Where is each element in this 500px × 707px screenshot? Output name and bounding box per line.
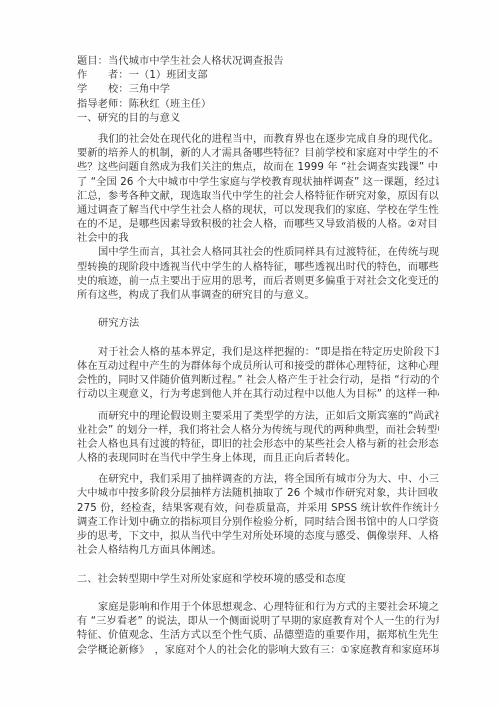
author-value: 一（1）班团支部: [129, 70, 208, 81]
text-line: 些？这些问题自然成为我们关注的焦点，故而在 1999 年 “社会调查实践课” 中…: [77, 161, 439, 175]
method-paragraph-3: 在研究中，我们采用了抽样调查的方法，将全国所有城市分为大、中、小三等，然后在 大…: [77, 473, 439, 558]
school-label: 学 校：: [77, 84, 129, 95]
text-line: 通过调查了解当代中学生社会人格的现状，可以发现我们的家庭、学校在学生性格培养上存: [77, 204, 439, 218]
section-2-heading: 二、社会转型期中学生对所处家庭和学校环境的感受和态度: [77, 573, 439, 587]
text-line: 会性的，同时又伴随价值判断过程。” 社会人格产生于社会行动，是指 “行动的个人赋…: [77, 374, 439, 388]
text-line: 型转换的现阶段中透视当代中学生的人格特征，哪些透视出时代的特色，而哪些还体现出历: [77, 261, 439, 275]
text-line: 体在互动过程中产生的为群体每个成员所认可和接受的群体心理特征，这种心理特征既是社: [77, 360, 439, 374]
text-line: 汇总，参考各种文献，现选取当代中学生的社会人格特征作研究对象，原因有以下两点：①: [77, 190, 439, 204]
text-line: 我们的社会处在现代化的进程当中，而教育界也在逐步完成自身的现代化。新的时代需: [77, 133, 439, 147]
text-line: 国中学生而言，其社会人格同其社会的性质同样具有过渡特征，在传统与现代的人格类: [77, 246, 439, 260]
section-2-paragraph-1: 家庭是影响和作用于个体思想观念、心理特征和行为方式的主要社会环境之一，我国素 有…: [77, 601, 439, 658]
text-line: 有 “三岁看老” 的说法，即从一个侧面说明了早期的家庭教育对个人一生的行为规范、…: [77, 615, 439, 629]
text-line: 社会人格结构几方面具体阐述。: [77, 544, 439, 558]
author-label: 作 者：: [77, 70, 129, 81]
method-paragraph-1: 对于社会人格的基本界定，我们是这样把握的：“即是指在特定历史阶段下其一社会群 体…: [77, 346, 439, 403]
text-line: 行动以主观意义，行为考虑到他人并在其行动过程中以他人为目标” 的这样一种心理特征…: [77, 388, 439, 402]
section-1-paragraph-1: 我们的社会处在现代化的进程当中，而教育界也在逐步完成自身的现代化。新的时代需 要…: [77, 133, 439, 247]
school-value: 三角中学: [129, 84, 170, 95]
text-line: 人格的表现同时在当代中学生身上体现，而且正向后者转化。: [77, 452, 439, 466]
title-label: 题目：: [77, 56, 108, 67]
text-line: 在研究中，我们采用了抽样调查的方法，将全国所有城市分为大、中、小三等，然后在: [77, 473, 439, 487]
text-line: 史的痕迹，前一点主要出于应用的思考，而后者则更多偏重于对社会文化变迁的理论思考，: [77, 275, 439, 289]
text-line: 社会人格也具有过渡的特征，即旧的社会形态中的某些社会人格与新的社会形态对某些社会: [77, 438, 439, 452]
text-line: 业社会” 的划分一样，我们将社会人格分为传统与现代的两种典型，而社会转型中的中学…: [77, 424, 439, 438]
text-line: 275 份，经检查，结果客观有效，问卷质量高，并采用 SPSS 统计软件作统计分…: [77, 502, 439, 516]
text-line: 了 “全国 26 个大中城市中学生家庭与学校教育现状抽样调查” 这一课题，经过调…: [77, 176, 439, 190]
advisor-line: 指导老师：陈秋红（班主任）: [77, 98, 439, 112]
advisor-label: 指导老师：: [77, 99, 129, 110]
document-body: 题目：当代城市中学生社会人格状况调查报告 作 者：一（1）班团支部 学 校：三角…: [77, 55, 439, 658]
section-1-paragraph-2: 国中学生而言，其社会人格同其社会的性质同样具有过渡特征，在传统与现代的人格类 型…: [77, 246, 439, 303]
section-1-heading: 一、研究的目的与意义: [77, 112, 439, 126]
text-line: 在的不足，是哪些因素导致积极的社会人格，而哪些又导致消极的人格。②对目前处在转型: [77, 218, 439, 232]
text-line: 调查工作计划中确立的指标项目分别作检验分析，同时结合图书馆中的人口学资料，作了初: [77, 516, 439, 530]
text-line: 步的思考，下文中，拟从当代中学生对所处环境的态度与感受、偶像崇拜、人格倾向、转型: [77, 530, 439, 544]
text-line: 要新的培养人的机制，新的人才需具备哪些特征？目前学校和家庭对中学生的不利影响有哪: [77, 147, 439, 161]
text-line: 大中城市中按多阶段分层抽样方法随机抽取了 26 个城市作研究对象，共计回收中学生…: [77, 487, 439, 501]
advisor-value: 陈秋红（班主任）: [129, 99, 212, 110]
text-line: 对于社会人格的基本界定，我们是这样把握的：“即是指在特定历史阶段下其一社会群: [77, 346, 439, 360]
text-line: 会学概论新修》 ，家庭对个人的社会化的影响大致有三：①家庭教育和家庭环境的影响是: [77, 644, 439, 658]
school-line: 学 校：三角中学: [77, 83, 439, 97]
text-line: 家庭是影响和作用于个体思想观念、心理特征和行为方式的主要社会环境之一，我国素: [77, 601, 439, 615]
document-page: 题目：当代城市中学生社会人格状况调查报告 作 者：一（1）班团支部 学 校：三角…: [0, 0, 500, 707]
text-line: 所有这些，构成了我们从事调查的研究目的与意义。: [77, 289, 439, 303]
text-line: 社会中的我: [77, 232, 439, 246]
report-title: 当代城市中学生社会人格状况调查报告: [108, 56, 284, 67]
method-paragraph-2: 而研究中的理论假设则主要采用了类型学的方法，正如后文斯宾塞的“尚武社会”和“工 …: [77, 410, 439, 467]
method-heading: 研究方法: [77, 317, 439, 331]
text-line: 而研究中的理论假设则主要采用了类型学的方法，正如后文斯宾塞的“尚武社会”和“工: [77, 410, 439, 424]
title-line: 题目：当代城市中学生社会人格状况调查报告: [77, 55, 439, 69]
text-line: 特征、价值观念、生活方式以至个性气质、品德塑造的重要作用，据郑杭生先生所编的《社: [77, 629, 439, 643]
author-line: 作 者：一（1）班团支部: [77, 69, 439, 83]
